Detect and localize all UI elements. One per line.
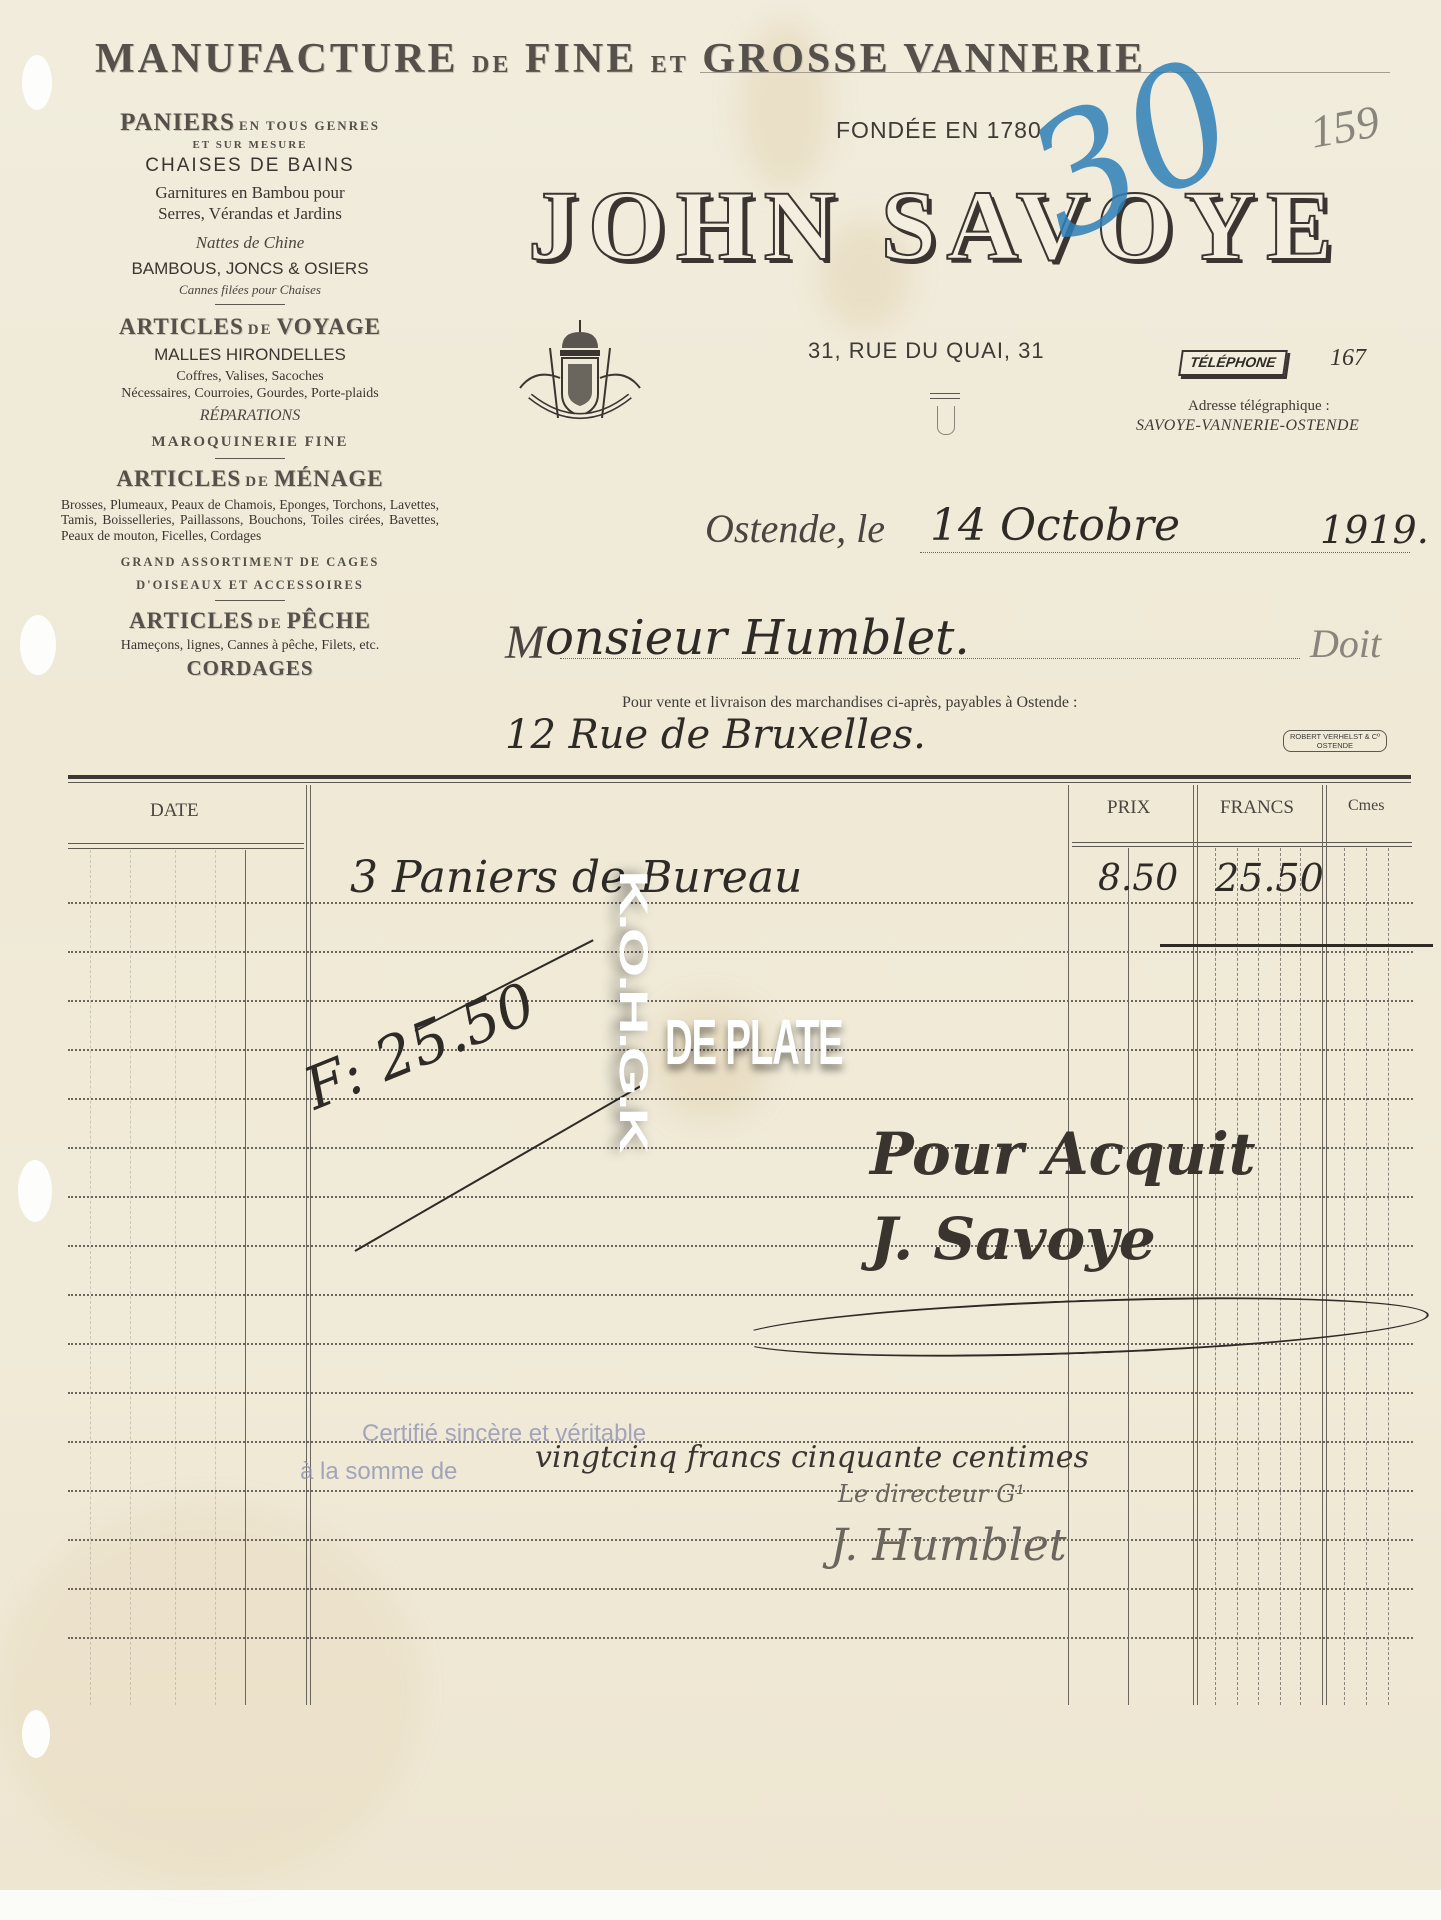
ledger-row-line: [68, 1637, 1413, 1639]
recipient-address-handwritten: 12 Rue de Bruxelles.: [505, 712, 926, 758]
francs-subdivider: [1237, 848, 1238, 1705]
menage-items-text: Brosses, Plumeaux, Peaux de Chamois, Epo…: [55, 497, 445, 544]
line-item-price[interactable]: 8.50: [1098, 858, 1178, 899]
prix-col-mid: [1128, 848, 1129, 1705]
peche-heading: ARTICLES de PÊCHE: [55, 607, 445, 635]
ledger-row-line: [68, 1196, 1413, 1198]
punch-hole-bottom: [22, 1710, 50, 1758]
receipt-pour-acquit: Pour Acquit: [870, 1120, 1256, 1188]
francs-subdivider: [1280, 848, 1281, 1705]
amount-in-words: vingtcinq francs cinquante centimes: [535, 1440, 1089, 1475]
headline-underline: [700, 72, 1390, 73]
ledger-row-line: [68, 1098, 1413, 1100]
ledger-row-line: [68, 1000, 1413, 1002]
cordages-text: CORDAGES: [55, 656, 445, 682]
place-prefix: Ostende, le: [705, 505, 885, 552]
printer-mark: ROBERT VERHELST & Cº OSTENDE: [1283, 730, 1387, 752]
date-subdivider: [215, 850, 216, 1705]
punch-hole-top: [22, 55, 52, 110]
date-header-underline: [68, 843, 304, 844]
ledger-row-line: [68, 1392, 1413, 1394]
nattes-text: Nattes de Chine: [55, 233, 445, 254]
column-header-cmes: Cmes: [1348, 797, 1384, 815]
cages-line-2: D'OISEAUX ET ACCESSOIRES: [55, 578, 445, 593]
telephone-banner: TÉLÉPHONE: [1178, 350, 1287, 376]
menage-heading: ARTICLES de MÉNAGE: [55, 465, 445, 493]
director-signature: J. Humblet: [830, 1520, 1067, 1571]
chaises-text: CHAISES DE BAINS: [55, 154, 445, 177]
ledger-row-line: [68, 951, 1413, 953]
coffres-text: Coffres, Valises, Sacoches: [55, 368, 445, 385]
cages-line-1: GRAND ASSORTIMENT DE CAGES: [55, 555, 445, 570]
certified-stamp-line-2: à la somme de: [300, 1458, 457, 1486]
francs-subdivider: [1215, 848, 1216, 1705]
peche-items-text: Hameçons, lignes, Cannes à pêche, Filets…: [55, 637, 445, 654]
line-item-description[interactable]: 3 Paniers de Bureau: [350, 852, 802, 903]
divider: [215, 458, 285, 459]
recipient-handwritten: onsieur Humblet.: [545, 610, 970, 666]
cmes-subdivider: [1388, 848, 1389, 1705]
garnitures-line-2: Serres, Vérandas et Jardins: [55, 204, 445, 225]
ornament-icon: [937, 406, 955, 435]
ledger-row-line: [68, 1294, 1413, 1296]
telegraph-address: SAVOYE-VANNERIE-OSTENDE: [1136, 417, 1359, 435]
voyage-heading: ARTICLES de VOYAGE: [55, 313, 445, 341]
date-subdivider: [175, 850, 176, 1705]
telephone-number: 167: [1330, 345, 1366, 372]
necessaires-text: Nécessaires, Courroies, Gourdes, Porte-p…: [55, 385, 445, 402]
divider: [215, 600, 285, 601]
cmes-subdivider: [1344, 848, 1345, 1705]
amount-header-underline: [1072, 846, 1412, 847]
watermark-kohgk: K.O.H.G.K: [610, 870, 655, 1190]
amount-header-underline: [1072, 842, 1412, 843]
ledger-top-rule: [68, 775, 1411, 779]
francs-subdivider: [1258, 848, 1259, 1705]
address-ornament-line: [930, 398, 960, 399]
date-handwritten: 14 Octobre: [930, 500, 1180, 551]
ledger-row-line: [68, 1588, 1413, 1590]
maroquinerie-text: MAROQUINERIE FINE: [55, 433, 445, 451]
date-dotted-line: [920, 552, 1410, 553]
column-header-prix: PRIX: [1107, 797, 1150, 819]
coat-of-arms-icon: [500, 318, 660, 433]
receipt-signature: J. Savoye: [870, 1205, 1156, 1273]
garnitures-line-1: Garnitures en Bambou pour: [55, 183, 445, 204]
total-underline: [1160, 944, 1433, 947]
ledger-top-rule-thin: [68, 782, 1411, 783]
cmes-subdivider: [1366, 848, 1367, 1705]
address-ornament-line: [930, 393, 960, 394]
ledger-row-line: [68, 1490, 1413, 1492]
reparations-text: RÉPARATIONS: [55, 406, 445, 426]
doit-label: Doit: [1310, 620, 1381, 667]
punch-hole-middle: [20, 615, 56, 675]
date-header-underline: [68, 848, 304, 849]
francs-subdivider: [1300, 848, 1301, 1705]
paniers-heading: PANIERS EN TOUS GENRES: [55, 108, 445, 139]
telegraph-label: Adresse télégraphique :: [1188, 398, 1330, 415]
director-title: Le directeur G¹: [838, 1480, 1025, 1508]
bambous-text: BAMBOUS, JONCS & OSIERS: [55, 259, 445, 280]
recipient-prefix: M: [505, 615, 545, 670]
ledger-row-line: [68, 1539, 1413, 1541]
payment-terms: Pour vente et livraison des marchandises…: [622, 694, 1077, 712]
date-subdivider: [130, 850, 131, 1705]
column-header-date: DATE: [150, 800, 199, 822]
product-catalog-sidebar: PANIERS EN TOUS GENRES ET SUR MESURE CHA…: [55, 108, 445, 681]
sur-mesure-text: ET SUR MESURE: [55, 139, 445, 152]
watermark-de-plate: DE PLATE: [665, 1005, 842, 1079]
date-col-divider: [245, 850, 246, 1705]
divider: [215, 304, 285, 305]
malles-text: MALLES HIRONDELLES: [55, 345, 445, 366]
cannes-text: Cannes filées pour Chaises: [55, 282, 445, 298]
company-address: 31, RUE DU QUAI, 31: [808, 338, 1045, 364]
line-item-total[interactable]: 25.50: [1215, 856, 1324, 900]
column-header-francs: FRANCS: [1220, 797, 1294, 819]
date-subdivider: [90, 850, 91, 1705]
punch-hole-lower: [18, 1160, 52, 1222]
year-handwritten: 1919.: [1320, 508, 1429, 552]
ledger-row-line: [68, 1245, 1413, 1247]
